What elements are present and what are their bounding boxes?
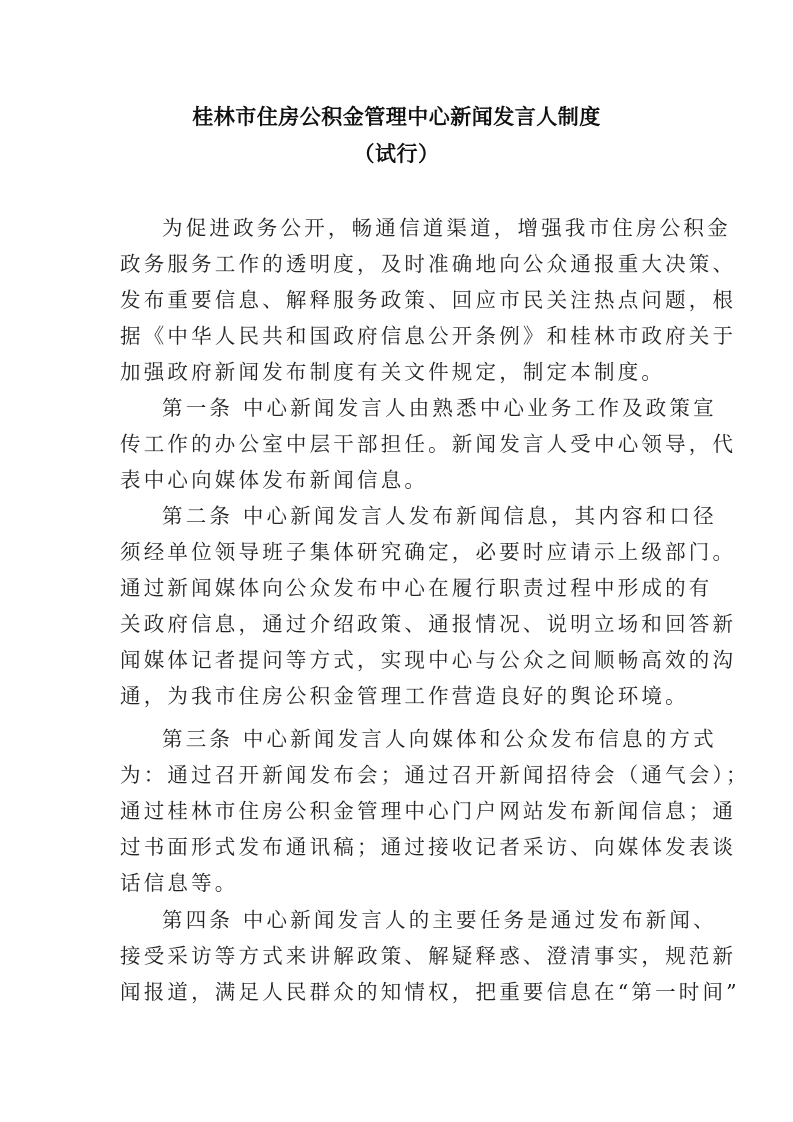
paragraph-line: 据《中华人民共和国政府信息公开条例》和桂林市政府关于 [120,319,680,349]
article-4-line: 第四条 中心新闻发言人的主要任务是通过发布新闻、 [162,903,722,933]
paragraph-line: 话信息等。 [120,866,680,896]
article-1-line: 第一条 中心新闻发言人由熟悉中心业务工作及政策宣 [162,391,722,421]
document-subtitle: （试行） [0,138,793,168]
paragraph-line: 加强政府新闻发布制度有关文件规定，制定本制度。 [120,355,680,385]
paragraph-line: 接受采访等方式来讲解政策、解疑释惑、澄清事实，规范新 [120,939,680,969]
paragraph-line: 须经单位领导班子集体研究确定，必要时应请示上级部门。 [120,535,680,565]
paragraph-line: 关政府信息，通过介绍政策、通报情况、说明立场和回答新 [120,607,680,637]
paragraph-line: 表中心向媒体发布新闻信息。 [120,463,680,493]
article-2-line: 第二条 中心新闻发言人发布新闻信息，其内容和口径 [162,499,722,529]
paragraph-line: 通，为我市住房公积金管理工作营造良好的舆论环境。 [120,679,680,709]
document-title: 桂林市住房公积金管理中心新闻发言人制度 [0,101,793,131]
paragraph-line: 通过新闻媒体向公众发布中心在履行职责过程中形成的有 [120,571,680,601]
paragraph-line: 通过桂林市住房公积金管理中心门户网站发布新闻信息；通 [120,794,680,824]
paragraph-line: 为：通过召开新闻发布会；通过召开新闻招待会（通气会）； [120,758,680,788]
paragraph-line: 发布重要信息、解释服务政策、回应市民关注热点问题，根 [120,283,680,313]
paragraph-line: 闻报道，满足人民群众的知情权，把重要信息在“第一时间” [120,975,680,1005]
paragraph-line: 闻媒体记者提问等方式，实现中心与公众之间顺畅高效的沟 [120,643,680,673]
paragraph-line: 传工作的办公室中层干部担任。新闻发言人受中心领导，代 [120,427,680,457]
paragraph-line: 为促进政务公开，畅通信道渠道，增强我市住房公积金 [162,211,722,241]
article-3-line: 第三条 中心新闻发言人向媒体和公众发布信息的方式 [162,722,722,752]
paragraph-line: 政务服务工作的透明度，及时准确地向公众通报重大决策、 [120,247,680,277]
paragraph-line: 过书面形式发布通讯稿；通过接收记者采访、向媒体发表谈 [120,830,680,860]
